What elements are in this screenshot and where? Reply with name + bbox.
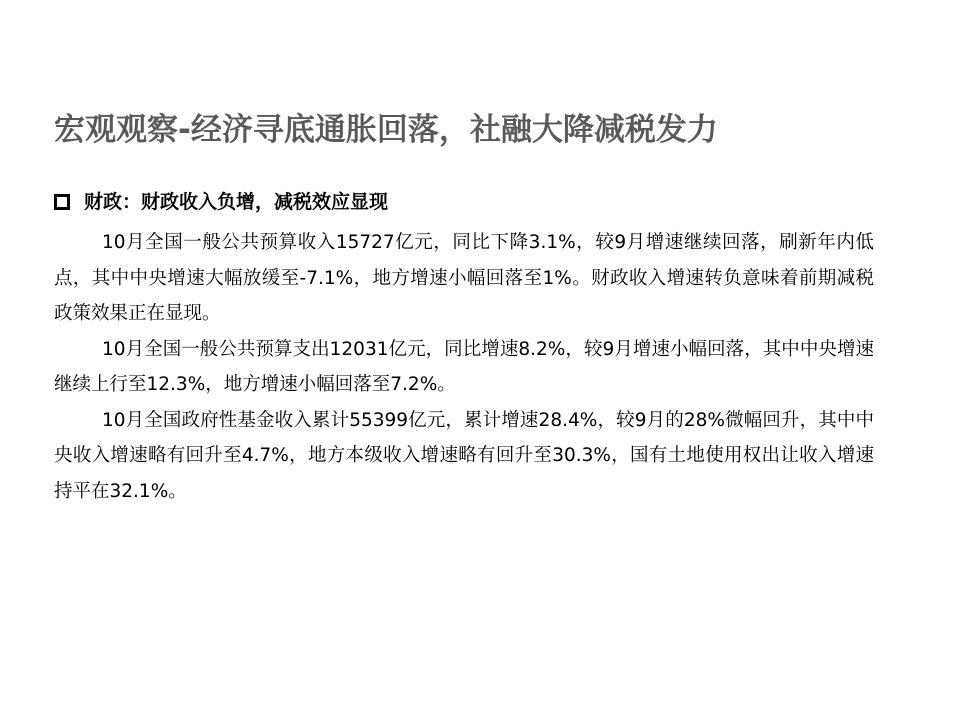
slide: 宏观观察-经济寻底通胀回落，社融大降减税发力 财政：财政收入负增，减税效应显现 …	[0, 0, 960, 720]
paragraph-fund-revenue: 10月全国政府性基金收入累计55399亿元，累计增速28.4%，较9月的28%微…	[54, 403, 874, 510]
hollow-square-bullet-icon	[54, 194, 70, 210]
body-text: 10月全国一般公共预算收入15727亿元，同比下降3.1%，较9月增速继续回落，…	[54, 225, 874, 509]
slide-title: 宏观观察-经济寻底通胀回落，社融大降减税发力	[54, 110, 718, 150]
paragraph-expenditure: 10月全国一般公共预算支出12031亿元，同比增速8.2%，较9月增速小幅回落，…	[54, 332, 874, 403]
paragraph-revenue: 10月全国一般公共预算收入15727亿元，同比下降3.1%，较9月增速继续回落，…	[54, 225, 874, 332]
section-heading: 财政：财政收入负增，减税效应显现	[54, 188, 388, 216]
section-heading-text: 财政：财政收入负增，减税效应显现	[84, 188, 388, 216]
